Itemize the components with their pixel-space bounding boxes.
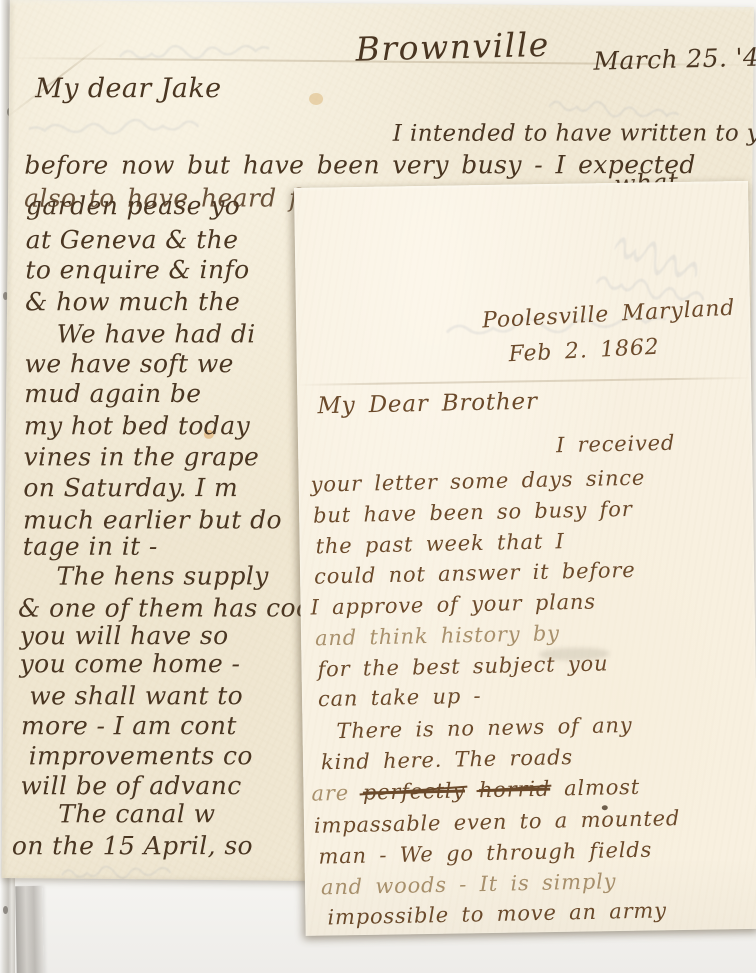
handwriting-line: vines in the grape xyxy=(24,444,260,470)
handwriting-line: mud again be xyxy=(24,381,201,407)
handwriting-line: you will have so xyxy=(20,623,229,649)
handwriting-line: but have been so busy for xyxy=(313,498,633,527)
handwriting-word: are xyxy=(311,781,349,806)
back-letter-date: March 25. '44 xyxy=(593,44,756,75)
handwriting-line: before now but have been very busy - I e… xyxy=(24,152,695,179)
handwriting-line: garden pease yo xyxy=(26,193,240,219)
handwriting-line: & how much the xyxy=(25,289,240,315)
handwriting-line: you come home - xyxy=(20,651,241,677)
front-letter-date: Feb 2. 1862 xyxy=(508,336,660,367)
handwriting-line: & one of them has coo xyxy=(18,595,311,622)
ghost-writing xyxy=(61,862,181,883)
handwriting-line: tage in it - xyxy=(23,534,158,560)
handwriting-line: we shall want to xyxy=(29,683,243,709)
handwriting-line: and think history by xyxy=(315,622,560,649)
handwriting-line: impossible to move an army xyxy=(327,899,667,928)
handwriting-line: much earlier but do xyxy=(23,507,282,533)
back-letter-place: Brownville xyxy=(355,28,550,68)
front-letter-place: Poolesville Maryland xyxy=(482,297,736,333)
struck-word: perfectly xyxy=(363,779,466,803)
binding-dot xyxy=(3,906,8,914)
paper-stain xyxy=(309,93,323,105)
handwriting-line: my hot bed today xyxy=(24,413,250,439)
handwriting-line: I intended to have written to you xyxy=(393,121,756,145)
back-letter-salutation: My dear Jake xyxy=(35,75,221,104)
fold-crease xyxy=(297,377,751,386)
letters-photograph: Brownville March 25. '44 My dear Jake I … xyxy=(0,0,756,973)
front-letter-salutation: My Dear Brother xyxy=(317,390,538,419)
handwriting-line: could not answer it before xyxy=(314,559,636,588)
handwriting-line: more - I am cont xyxy=(21,713,237,739)
handwriting-word: almost xyxy=(564,775,640,801)
handwriting-line: to enquire & info xyxy=(25,257,249,283)
handwriting-line: your letter some days since xyxy=(310,467,645,496)
handwriting-line: will be of advanc xyxy=(20,773,241,799)
letter-sheet-front: Poolesville Maryland Feb 2. 1862 My Dear… xyxy=(294,181,756,936)
handwriting-line: can take up - xyxy=(318,685,482,710)
handwriting-line: at Geneva & the xyxy=(26,227,239,253)
handwriting-line: the past week that I xyxy=(315,530,564,557)
handwriting-line: We have had di xyxy=(57,321,256,347)
handwriting-line: I approve of your plans xyxy=(310,591,596,619)
handwriting-line: The canal w xyxy=(58,801,215,827)
handwriting-line-struck: areperfectlyhorridalmost xyxy=(311,776,640,805)
handwriting-line: The hens supply xyxy=(56,563,268,589)
handwriting-line: man - We go through fields xyxy=(318,839,652,868)
struck-word: horrid xyxy=(479,778,551,802)
handwriting-line: and woods - It is simply xyxy=(321,870,617,898)
handwriting-line: improvements co xyxy=(29,743,253,769)
handwriting-line: on the 15 April, so xyxy=(12,833,253,859)
handwriting-line: There is no news of any xyxy=(336,714,632,742)
ghost-writing xyxy=(119,39,270,65)
stand-bar xyxy=(15,886,44,973)
handwriting-line: I received xyxy=(556,432,676,457)
handwriting-line: on Saturday. I m xyxy=(23,475,238,501)
ghost-writing xyxy=(29,115,199,139)
handwriting-line: impassable even to a mounted xyxy=(314,807,681,837)
handwriting-line: kind here. The roads xyxy=(321,746,573,773)
handwriting-line: we have soft we xyxy=(24,351,233,377)
ghost-writing xyxy=(609,226,712,295)
handwriting-line: for the best subject you xyxy=(317,652,608,680)
